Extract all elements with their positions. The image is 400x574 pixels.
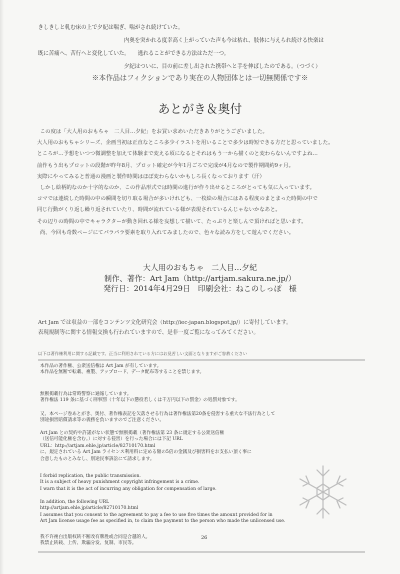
support-line: Art Jam では収益の一部をコンテンツ文化研究会（http://iec-ja… [38, 318, 378, 328]
legal-block-rights: 本作品の著作権、公衆送信権は Art Jam が有しています。 本作品を無断で転… [40, 364, 360, 377]
afterword-line: その辺りの時間の中でキャラクターが動き回れる様を妄想して描いて、たっぷりと楽しん… [37, 217, 387, 228]
legal-block-penalty: 無断掲載行為は常時警察に通報しています。 著作権法 119 条に基づく刑事罰（十… [40, 392, 360, 405]
support-line: 表現規制等に関する情報交換も行われていますので、是非一度ご覧になってみてください… [38, 328, 378, 338]
page-number: 26 [201, 535, 207, 541]
afterword-line: 前作もう出もプロットの段階が昨年8月、プロット確定が今年1月ごろで完成が4月なの… [37, 161, 387, 172]
story-ending: きしきしと軋む床の上で夕紀は喘ぎ、喘がされ続けていた。 内奥を突かれる度幸高く上… [38, 22, 368, 74]
story-line: きしきしと軋む床の上で夕紀は喘ぎ、喘がされ続けていた。 [38, 22, 368, 35]
star-divider [38, 551, 365, 553]
legal-block-license: Art Jam との契約や許諾がない状態で無断掲載（著作権法第 23 条に規定す… [40, 431, 360, 463]
afterword-line: ところが…予想をいつつ微調整を加えて体験まで変える頃になるとそれはもう一から描く… [37, 149, 387, 160]
story-line: 既に苦痛へ、苦行へと変化していた。 逃れることができる方法はただ一つ。 [38, 48, 368, 61]
afterword-line: しかし絵柄的なのか十字的なのか、この作品形式では時間の進行が作り出せるところがと… [37, 183, 387, 194]
section-heading: あとがき＆奥付 [0, 100, 400, 117]
colophon-credits: 大人用のおもちゃ 二人目…夕紀 制作、著作：Art Jam（http://art… [0, 263, 400, 295]
document-page: きしきしと軋む床の上で夕紀は喘ぎ、喘がされ続けていた。 内奥を突かれる度幸高く上… [0, 0, 400, 574]
afterword-line: 大人用のおもちゃシリーズ、企画当初は正直なところ多少イラストを用いることで多少は… [37, 138, 387, 149]
afterword-line: この度は「大人用のおもちゃ 二人目…夕紀」をお買い求めいただきありがとうございま… [37, 127, 387, 138]
fiction-disclaimer: ※本作品はフィクションであり実在の人物団体とは一切無関係です※ [0, 73, 400, 83]
afterword-line: 尚、今回も奇数ページにてパラパラ要素を取り入れてみましたので、色々な読み方をして… [37, 228, 387, 239]
afterword-line: 同じ行動がくり返し繰り返されていたり、時間が流れている様が表現されているんじゃな… [37, 205, 387, 216]
donation-notice: Art Jam では収益の一部をコンテンツ文化研究会（http://iec-ja… [38, 318, 378, 338]
author-credit: 制作、著作：Art Jam（http://artjam.sakura.ne.jp… [0, 274, 400, 285]
legal-block-attribution: 又、本ページ卷あとがき、奥付、著作権表記を欠落させる行為は著作権法第20条を侵害… [40, 412, 360, 425]
publication-info: 発行日：2014年4月29日 印刷会社：ねこのしっぽ 様 [0, 284, 400, 295]
legal-line: 著作権法 119 条に基づく刑事罰（十年以下の懲役若しくは千万円以下の罰金）の処… [40, 398, 360, 404]
legal-block-chinese: 我不许複白出版权转不断改有牌胜或合同是合越的人。 我禁止转载、上传、欺骗分发、复… [40, 535, 360, 548]
afterword-text: この度は「大人用のおもちゃ 二人目…夕紀」をお買い求めいただきありがとうございま… [37, 127, 387, 239]
legal-line: 我禁止转载、上传、欺骗分发、复制、市民等。 [40, 541, 360, 547]
afterword-line: 実際にやってみると普通の漫画と製作時間はほぼ変わらないかもしろ長くなっております… [37, 172, 387, 183]
work-title: 大人用のおもちゃ 二人目…夕紀 [0, 263, 400, 274]
story-line: 内奥を突かれる度幸高く上がっていた声も今は枯れ、肢体に与えられ続ける快楽は [38, 35, 368, 48]
legal-line: 本作品を無断で転載、複製、アップロード、データ配布等することを禁じます。 [40, 370, 360, 376]
copyright-notice-header: 以下は著作権利用に関する記載です。正当に利用されている方にはお見苦しい文面となり… [38, 351, 368, 357]
afterword-line: コマでは連続した時間の中の瞬間を切り取る場合が多いけれども、一枚絵の場合にはある… [37, 194, 387, 205]
legal-line: 別途損害賠償請求等の義務を負いますのでご注意ください。 [40, 418, 360, 424]
star-divider [38, 359, 365, 361]
snowflake-icon [295, 462, 351, 522]
